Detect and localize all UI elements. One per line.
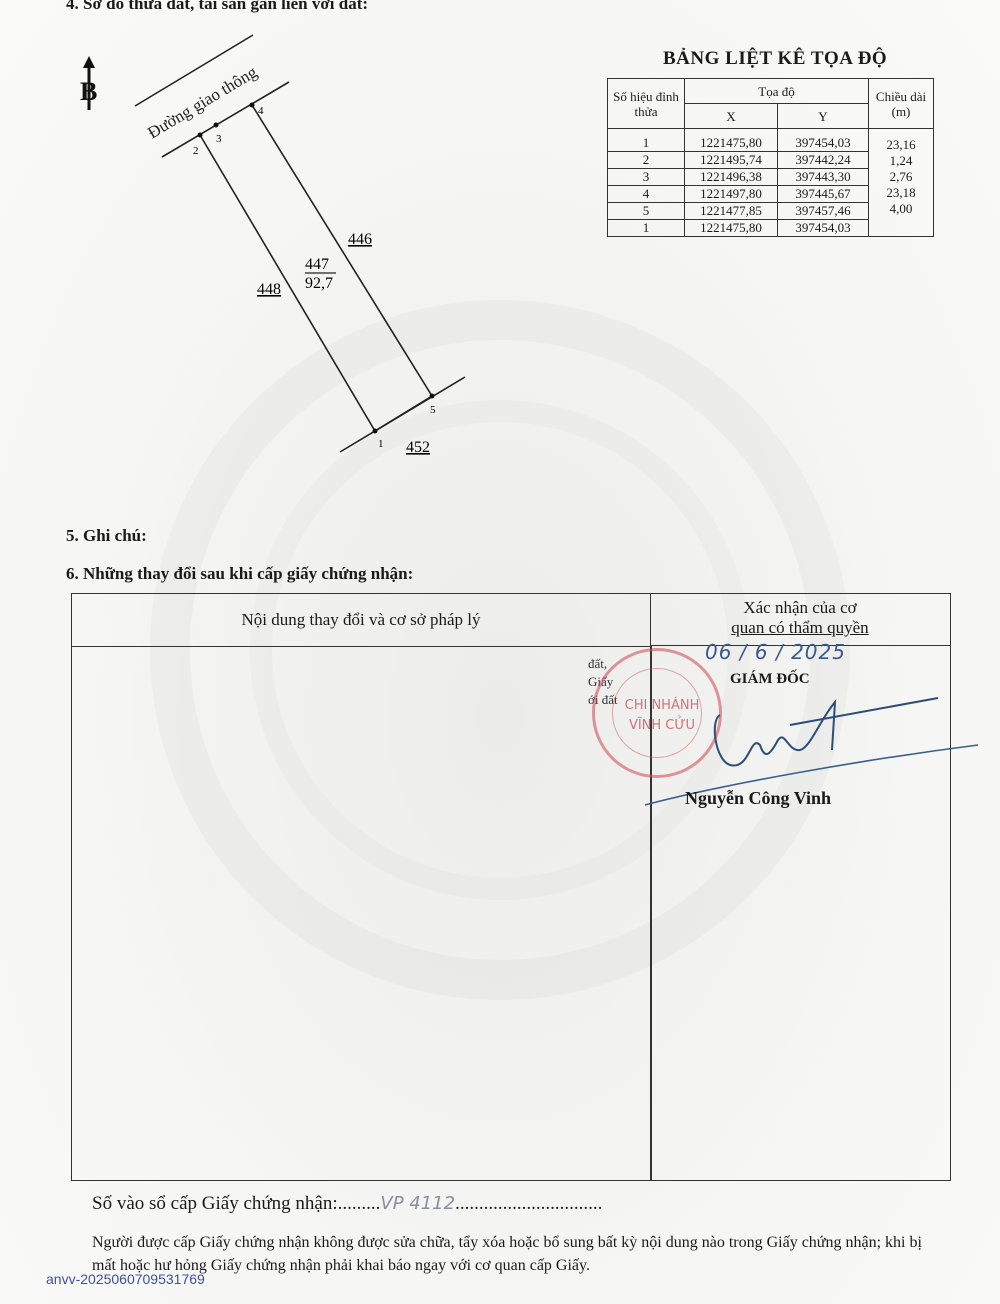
header-coords: Tọa độ (685, 79, 869, 104)
svg-text:Đường giao thông: Đường giao thông (144, 62, 260, 142)
header-y: Y (778, 104, 869, 129)
coord-table-title: BẢNG LIỆT KÊ TỌA ĐỘ (663, 48, 887, 70)
signer-role: GIÁM ĐỐC (730, 671, 810, 688)
table-row: 11221475,80397454,0323,161,242,7623,184,… (608, 129, 934, 152)
notice-text: Người được cấp Giấy chứng nhận không đượ… (92, 1231, 922, 1277)
signing-date: 06 / 6 / 2025 (705, 640, 846, 664)
certificate-page: 4. Sơ đồ thửa đất, tài sản gắn liền với … (0, 0, 1000, 1304)
header-x: X (685, 104, 778, 129)
svg-text:452: 452 (406, 439, 430, 456)
svg-text:4: 4 (258, 105, 264, 117)
section-6-title: 6. Những thay đổi sau khi cấp giấy chứng… (66, 564, 413, 584)
changes-header-content: Nội dung thay đổi và cơ sở pháp lý (72, 594, 651, 647)
svg-text:446: 446 (348, 231, 372, 248)
svg-text:2: 2 (193, 145, 199, 157)
changes-table: Nội dung thay đổi và cơ sở pháp lý Xác n… (71, 593, 951, 1181)
document-id: anvv-20250607095317​69 (46, 1271, 205, 1287)
signer-name: Nguyễn Công Vinh (685, 788, 831, 809)
svg-text:447: 447 (305, 256, 329, 273)
changes-header-confirmation: Xác nhận của cơ quan có thẩm quyền (650, 594, 950, 646)
coord-table: Số hiệu đỉnh thửa Tọa độ Chiều dài (m) X… (607, 78, 934, 237)
registration-number: Số vào sổ cấp Giấy chứng nhận:.........V… (92, 1193, 602, 1215)
svg-text:3: 3 (216, 133, 222, 145)
svg-text:1: 1 (378, 438, 384, 450)
header-length: Chiều dài (m) (869, 79, 934, 129)
section-5-title: 5. Ghi chú: (66, 526, 147, 546)
lengths-cell: 23,161,242,7623,184,00 (869, 129, 934, 237)
svg-text:5: 5 (430, 404, 436, 416)
svg-text:448: 448 (257, 281, 281, 298)
header-vertex: Số hiệu đỉnh thửa (608, 79, 685, 129)
svg-text:92,7: 92,7 (305, 275, 333, 292)
svg-text:B: B (80, 77, 97, 106)
